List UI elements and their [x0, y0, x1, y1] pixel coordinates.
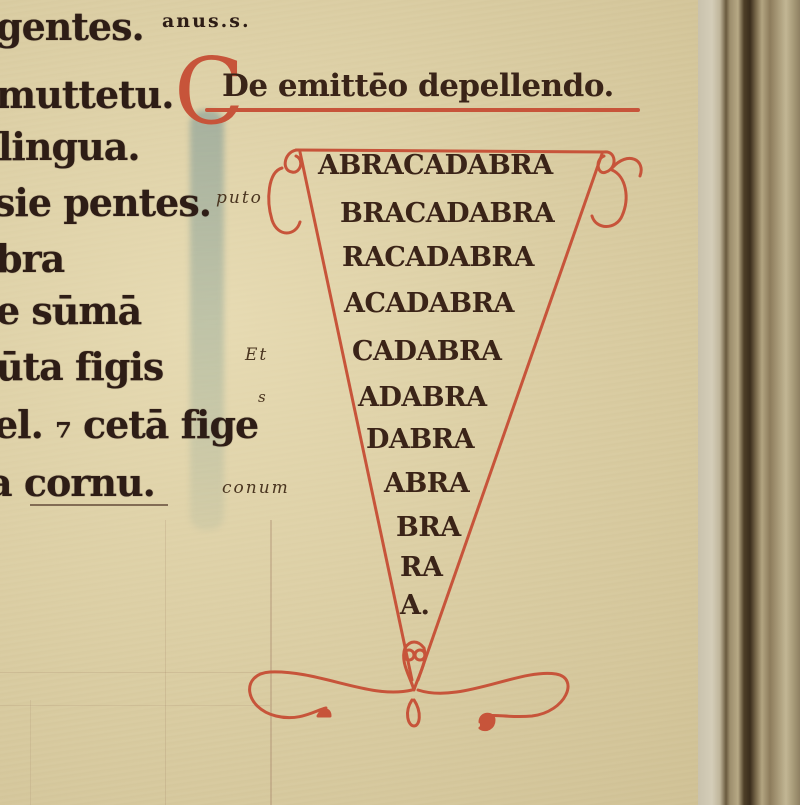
- abracadabra-row: adabra: [358, 382, 487, 413]
- abracadabra-row: acadabra: [344, 288, 514, 319]
- book-gutter-page-edges: [698, 0, 800, 805]
- abracadabra-row: bra: [396, 512, 461, 543]
- triangle-frame-decoration: [0, 0, 700, 805]
- abracadabra-row: bracadabra: [340, 198, 554, 229]
- abracadabra-row: ra: [400, 552, 442, 583]
- abracadabra-row: abra: [384, 468, 469, 499]
- abracadabra-row: racadabra: [342, 242, 534, 273]
- abracadabra-row: Abracadabra: [318, 150, 553, 181]
- abracadabra-row: dabra: [366, 424, 474, 455]
- abracadabra-row: cadabra: [352, 336, 502, 367]
- manuscript-page: gentes. muttetu. lingua. sie pentes. bra…: [0, 0, 700, 805]
- abracadabra-row: a.: [400, 590, 429, 621]
